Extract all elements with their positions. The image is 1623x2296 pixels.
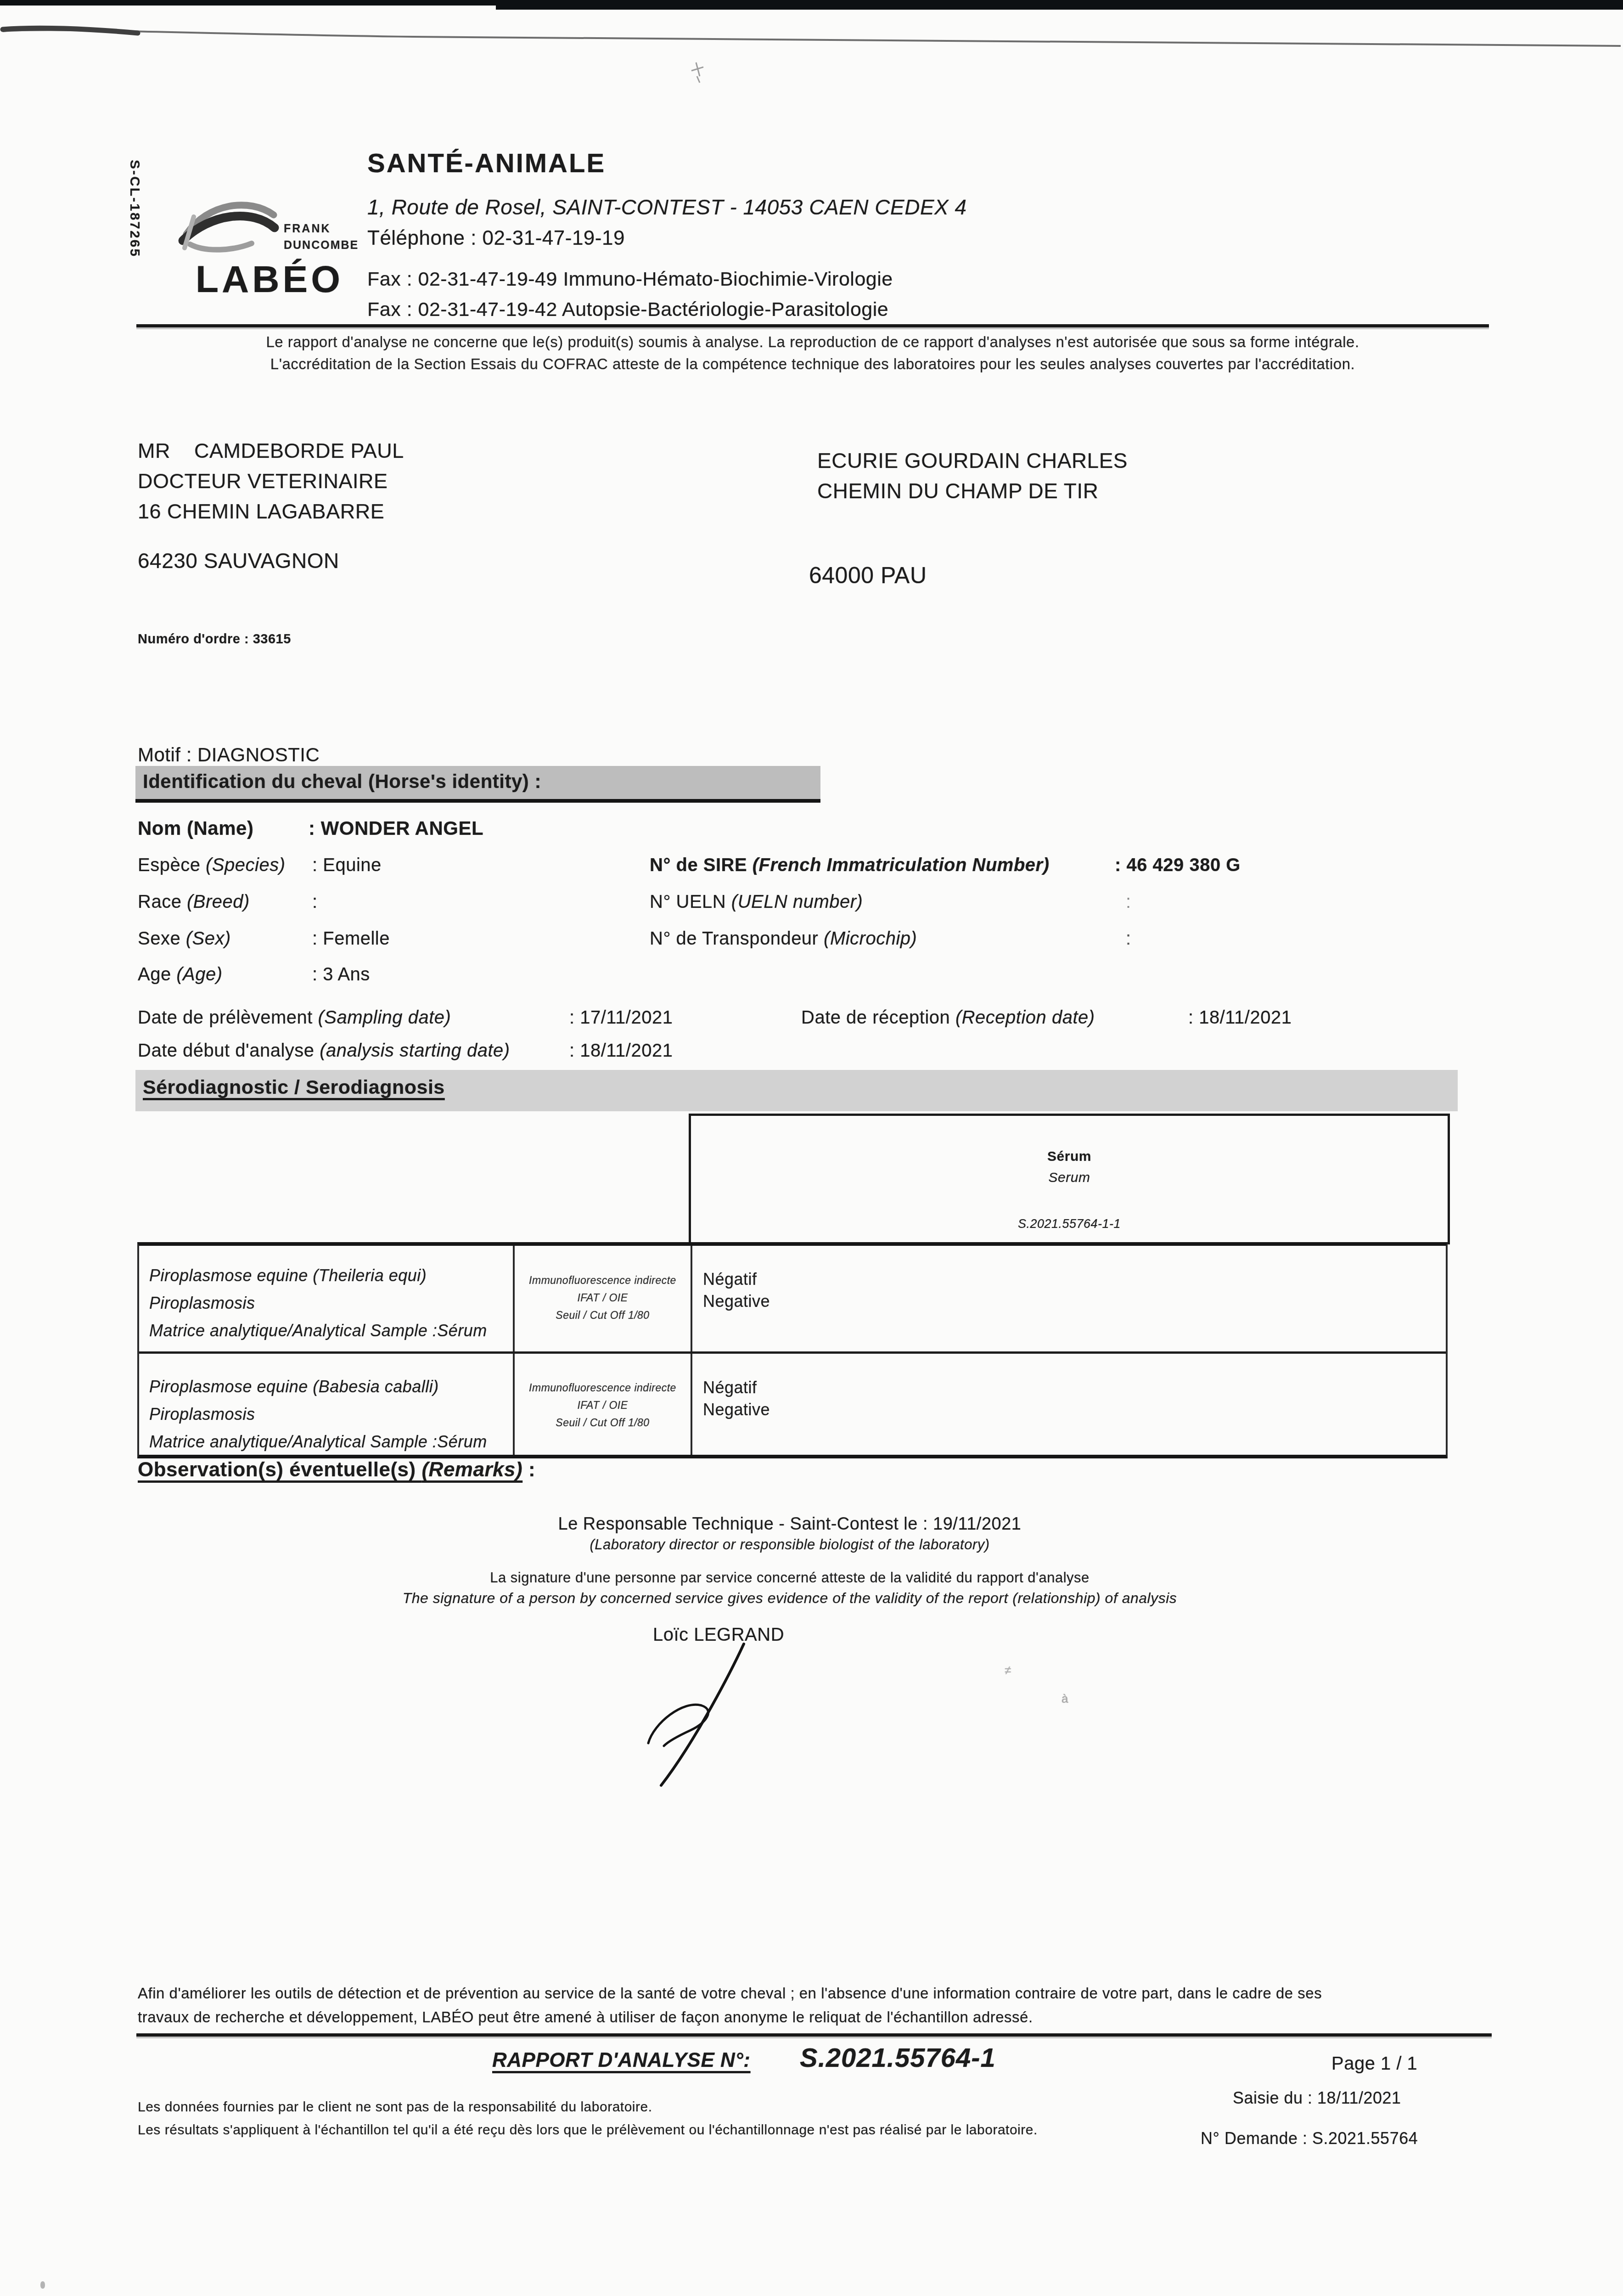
ueln-label-en: (UELN number): [731, 892, 863, 912]
analysis-date-label: Date début d'analyse (analysis starting …: [138, 1041, 510, 1061]
sire-value: : 46 429 380 G: [1115, 855, 1241, 876]
analysis-date-label-en: (analysis starting date): [320, 1041, 510, 1061]
sample-type-en: Serum: [691, 1170, 1448, 1186]
sampling-date-value: : 17/11/2021: [569, 1007, 673, 1028]
table-row-divider: [139, 1351, 1446, 1354]
reception-date-label: Date de réception (Reception date): [801, 1007, 1095, 1028]
method-line1: Immunofluorescence indirecte: [515, 1382, 691, 1394]
horse-name-value: : WONDER ANGEL: [309, 817, 483, 839]
result-en: Negative: [703, 1292, 770, 1311]
species-label: Espèce (Species): [138, 855, 285, 876]
scanned-lab-report-page: { "colors": { "ink": "#1c1c1c", "band_da…: [0, 0, 1623, 2296]
scan-speck-1: ≠: [1005, 1663, 1011, 1677]
sampling-date-label: Date de prélèvement (Sampling date): [138, 1007, 451, 1028]
sex-label: Sexe (Sex): [138, 929, 231, 949]
legal-line1: Les données fournies par le client ne so…: [138, 2099, 652, 2115]
sex-value: : Femelle: [312, 929, 390, 949]
sampling-date-label-fr: Date de prélèvement: [138, 1007, 318, 1028]
remarks-heading-en: (Remarks): [421, 1458, 522, 1481]
disclaimer-line2: L'accréditation de la Section Essais du …: [138, 355, 1488, 373]
ueln-label: N° UELN (UELN number): [650, 892, 863, 912]
reception-date-label-fr: Date de réception: [801, 1007, 955, 1028]
species-label-fr: Espèce: [138, 855, 206, 875]
analysis-date-value: : 18/11/2021: [569, 1041, 673, 1061]
logo-text-duncombe: DUNCOMBE: [284, 239, 359, 252]
logo-text-labeo: LABÉO: [196, 258, 343, 301]
vet-street: 16 CHEMIN LAGABARRE: [138, 500, 384, 523]
identification-section-title: Identification du cheval (Horse's identi…: [143, 771, 541, 793]
request-number: N° Demande : S.2021.55764: [1201, 2129, 1418, 2148]
test-name-en: Piroplasmosis: [149, 1294, 255, 1313]
sample-id: S.2021.55764-1-1: [691, 1217, 1448, 1231]
test-matrix: Matrice analytique/Analytical Sample :Sé…: [149, 1321, 487, 1340]
owner-name: ECURIE GOURDAIN CHARLES: [817, 448, 1128, 473]
serology-section-band: Sérodiagnostic / Serodiagnosis: [135, 1070, 1458, 1111]
remarks-heading-fr: Observation(s) éventuelle(s): [138, 1458, 421, 1481]
sample-type-fr: Sérum: [691, 1149, 1448, 1165]
sex-label-en: (Sex): [186, 929, 231, 949]
species-label-en: (Species): [206, 855, 285, 875]
signature-mark: [641, 1641, 751, 1788]
result-en: Negative: [703, 1400, 770, 1419]
logo-text-frank: FRANK: [284, 222, 331, 236]
ueln-label-fr: N° UELN: [650, 892, 731, 912]
serology-table-header-box: Sérum Serum S.2021.55764-1-1: [689, 1114, 1450, 1244]
microchip-label: N° de Transpondeur (Microchip): [650, 929, 917, 949]
entry-date: Saisie du : 18/11/2021: [1233, 2088, 1401, 2108]
scan-side-code: S-CL-187265: [127, 160, 142, 258]
disclaimer-line1: Le rapport d'analyse ne concerne que le(…: [138, 333, 1488, 351]
labeo-logo-swirl-icon: [178, 189, 279, 256]
result-fr: Négatif: [703, 1270, 757, 1289]
lab-phone: Téléphone : 02-31-47-19-19: [367, 227, 625, 250]
signature-validity-fr: La signature d'une personne par service …: [138, 1570, 1442, 1586]
method-line3: Seuil / Cut Off 1/80: [515, 1417, 691, 1429]
microchip-label-en: (Microchip): [824, 929, 917, 949]
vet-name: MR CAMDEBORDE PAUL: [138, 439, 404, 463]
serology-section-title: Sérodiagnostic / Serodiagnosis: [143, 1076, 445, 1099]
sire-label-en: (French Immatriculation Number): [753, 855, 1050, 875]
age-label: Age (Age): [138, 964, 223, 985]
responsible-line: Le Responsable Technique - Saint-Contest…: [138, 1514, 1442, 1534]
report-number-value: S.2021.55764-1: [800, 2043, 996, 2073]
reception-date-value: : 18/11/2021: [1188, 1007, 1292, 1028]
test-name-fr: Piroplasmose equine (Babesia caballi): [149, 1377, 439, 1396]
vet-title: DOCTEUR VETERINAIRE: [138, 469, 388, 493]
microchip-value: :: [1126, 929, 1131, 949]
sex-label-fr: Sexe: [138, 929, 186, 949]
remarks-heading-colon: :: [522, 1458, 535, 1481]
legal-line2: Les résultats s'appliquent à l'échantill…: [138, 2122, 1038, 2138]
ueln-value: :: [1126, 892, 1131, 912]
method-line1: Immunofluorescence indirecte: [515, 1274, 691, 1287]
lab-fax-immuno: Fax : 02-31-47-19-49 Immuno-Hémato-Bioch…: [367, 268, 893, 291]
horse-name-label: Nom (Name): [138, 817, 253, 839]
scan-speck-artifact: [688, 60, 709, 85]
owner-city: 64000 PAU: [809, 562, 927, 589]
breed-label-fr: Race: [138, 892, 187, 912]
method-line2: IFAT / OIE: [515, 1292, 691, 1304]
test-name-en: Piroplasmosis: [149, 1405, 255, 1424]
analysis-date-label-fr: Date début d'analyse: [138, 1041, 320, 1061]
age-label-en: (Age): [176, 964, 222, 985]
scan-speck-bottom-left: [40, 2281, 45, 2289]
sire-label-fr: N° de SIRE: [650, 855, 753, 875]
method-line2: IFAT / OIE: [515, 1399, 691, 1412]
page-indicator: Page 1 / 1: [1331, 2054, 1417, 2074]
age-value: : 3 Ans: [312, 964, 370, 985]
header-divider: [136, 324, 1489, 327]
test-matrix: Matrice analytique/Analytical Sample :Sé…: [149, 1432, 487, 1452]
vet-city: 64230 SAUVAGNON: [138, 548, 339, 573]
table-column-divider-2: [691, 1246, 692, 1455]
sampling-date-label-en: (Sampling date): [318, 1007, 451, 1028]
signature-validity-en: The signature of a person by concerned s…: [138, 1590, 1442, 1607]
department-title: SANTÉ-ANIMALE: [367, 148, 606, 179]
report-number-label: RAPPORT D'ANALYSE N°:: [492, 2049, 751, 2072]
remarks-heading: Observation(s) éventuelle(s) (Remarks) :: [138, 1458, 535, 1481]
species-value: : Equine: [312, 855, 382, 876]
result-fr: Négatif: [703, 1378, 757, 1397]
method-line3: Seuil / Cut Off 1/80: [515, 1309, 691, 1322]
owner-street: CHEMIN DU CHAMP DE TIR: [817, 478, 1098, 503]
order-number: Numéro d'ordre : 33615: [138, 632, 291, 647]
scan-speck-2: à: [1061, 1692, 1068, 1706]
identification-section-band: Identification du cheval (Horse's identi…: [135, 766, 820, 803]
serology-table: Piroplasmose equine (Theileria equi) Pir…: [137, 1242, 1448, 1458]
motif-line: Motif : DIAGNOSTIC: [138, 744, 320, 766]
lab-address: 1, Route de Rosel, SAINT-CONTEST - 14053…: [367, 195, 967, 219]
scan-page-edge-line: [0, 14, 1623, 69]
reception-date-label-en: (Reception date): [955, 1007, 1095, 1028]
footer-note-line2: travaux de recherche et développement, L…: [138, 2009, 1033, 2026]
footer-divider: [136, 2033, 1492, 2037]
breed-value: :: [312, 892, 318, 912]
responsible-line-en: (Laboratory director or responsible biol…: [138, 1536, 1442, 1553]
lab-fax-autopsie: Fax : 02-31-47-19-42 Autopsie-Bactériolo…: [367, 298, 888, 321]
breed-label: Race (Breed): [138, 892, 250, 912]
age-label-fr: Age: [138, 964, 176, 985]
scan-top-edge-artifact-thick: [496, 0, 1623, 10]
footer-note-line1: Afin d'améliorer les outils de détection…: [138, 1985, 1322, 2002]
sire-label: N° de SIRE (French Immatriculation Numbe…: [650, 855, 1049, 876]
microchip-label-fr: N° de Transpondeur: [650, 929, 824, 949]
breed-label-en: (Breed): [187, 892, 250, 912]
test-name-fr: Piroplasmose equine (Theileria equi): [149, 1266, 427, 1285]
